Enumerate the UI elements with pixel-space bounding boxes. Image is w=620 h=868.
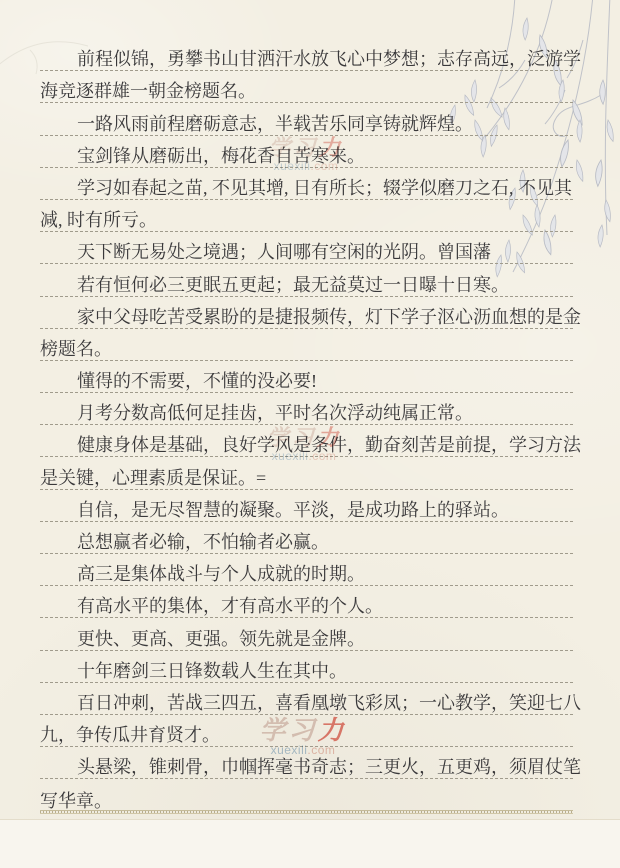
text-line: 一路风雨前程磨砺意志，半载苦乐同享铸就辉煌。 xyxy=(40,103,573,135)
line-text: 天下断无易处之境遇；人间哪有空闲的光阴。曾国藩 xyxy=(40,243,491,261)
line-text: 家中父母吃苦受累盼的是捷报频传，灯下学子沤心沥血想的是金 xyxy=(40,308,581,326)
text-line: 总想赢者必输，不怕输者必赢。 xyxy=(40,522,573,554)
text-line: 高三是集体战斗与个人成就的时期。 xyxy=(40,554,573,586)
text-line: 头悬梁，锥刺骨，巾帼挥毫书奇志；三更火，五更鸡，须眉仗笔 xyxy=(40,747,573,779)
text-line: 九，争传瓜井育贤才。 xyxy=(40,715,573,747)
line-text: 九，争传瓜井育贤才。 xyxy=(40,726,220,744)
line-text: 懂得的不需要，不懂的没必要! xyxy=(40,372,317,390)
text-line: 若有恒何必三更眠五更起；最无益莫过一日曝十日寒。 xyxy=(40,264,573,296)
text-line: 更快、更高、更强。领先就是金牌。 xyxy=(40,618,573,650)
line-text: 有高水平的集体，才有高水平的个人。 xyxy=(40,597,383,615)
line-text: 月考分数高低何足挂齿，平时名次浮动纯属正常。 xyxy=(40,404,473,422)
text-line: 月考分数高低何足挂齿，平时名次浮动纯属正常。 xyxy=(40,393,573,425)
page-end-rule xyxy=(40,810,573,814)
line-text: 健康身体是基础，良好学风是条件，勤奋刻苦是前提，学习方法 xyxy=(40,436,581,454)
text-line: 前程似锦，勇攀书山甘洒汗水放飞心中梦想；志存高远，泛游学 xyxy=(40,39,573,71)
line-text: 总想赢者必输，不怕输者必赢。 xyxy=(40,533,329,551)
notebook-page: 前程似锦，勇攀书山甘洒汗水放飞心中梦想；志存高远，泛游学海竞逐群雄一朝金榜题名。… xyxy=(0,0,620,868)
line-text: 若有恒何必三更眠五更起；最无益莫过一日曝十日寒。 xyxy=(40,276,509,294)
line-text: 高三是集体战斗与个人成就的时期。 xyxy=(40,565,365,583)
paper-bottom-edge xyxy=(0,819,620,868)
text-line: 天下断无易处之境遇；人间哪有空闲的光阴。曾国藩 xyxy=(40,232,573,264)
text-line: 海竞逐群雄一朝金榜题名。 xyxy=(40,71,573,103)
text-line: 家中父母吃苦受累盼的是捷报频传，灯下学子沤心沥血想的是金 xyxy=(40,297,573,329)
line-text: 减, 时有所亏。 xyxy=(40,211,157,229)
text-line: 写华章。 xyxy=(40,779,573,811)
text-line: 榜题名。 xyxy=(40,329,573,361)
text-line: 懂得的不需要，不懂的没必要! xyxy=(40,361,573,393)
line-text: 前程似锦，勇攀书山甘洒汗水放飞心中梦想；志存高远，泛游学 xyxy=(40,50,581,68)
text-lines-container: 前程似锦，勇攀书山甘洒汗水放飞心中梦想；志存高远，泛游学海竞逐群雄一朝金榜题名。… xyxy=(40,39,573,812)
line-text: 宝剑锋从磨砺出，梅花香自苦寒来。 xyxy=(40,147,365,165)
text-line: 百日冲刺，苦战三四五，喜看凰墩飞彩凤；一心教学，笑迎七八 xyxy=(40,683,573,715)
text-line: 健康身体是基础，良好学风是条件，勤奋刻苦是前提，学习方法 xyxy=(40,425,573,457)
line-text: 十年磨剑三日锋数载人生在其中。 xyxy=(40,662,347,680)
line-text: 一路风雨前程磨砺意志，半载苦乐同享铸就辉煌。 xyxy=(40,115,473,133)
line-text: 自信，是无尽智慧的凝聚。平淡，是成功路上的驿站。 xyxy=(40,501,509,519)
line-text: 榜题名。 xyxy=(40,340,112,358)
line-text: 写华章。 xyxy=(40,792,112,810)
line-text: 头悬梁，锥刺骨，巾帼挥毫书奇志；三更火，五更鸡，须眉仗笔 xyxy=(40,758,581,776)
text-line: 宝剑锋从磨砺出，梅花香自苦寒来。 xyxy=(40,136,573,168)
line-text: 更快、更高、更强。领先就是金牌。 xyxy=(40,630,365,648)
line-text: 是关键，心理素质是保证。= xyxy=(40,469,266,487)
text-line: 十年磨剑三日锋数载人生在其中。 xyxy=(40,651,573,683)
text-line: 学习如春起之苗, 不见其增, 日有所长；辍学似磨刀之石, 不见其 xyxy=(40,168,573,200)
text-line: 自信，是无尽智慧的凝聚。平淡，是成功路上的驿站。 xyxy=(40,490,573,522)
line-text: 百日冲刺，苦战三四五，喜看凰墩飞彩凤；一心教学，笑迎七八 xyxy=(40,694,581,712)
text-line: 是关键，心理素质是保证。= xyxy=(40,457,573,489)
text-line: 减, 时有所亏。 xyxy=(40,200,573,232)
text-line: 有高水平的集体，才有高水平的个人。 xyxy=(40,586,573,618)
line-text: 学习如春起之苗, 不见其增, 日有所长；辍学似磨刀之石, 不见其 xyxy=(40,179,572,197)
line-text: 海竞逐群雄一朝金榜题名。 xyxy=(40,82,256,100)
